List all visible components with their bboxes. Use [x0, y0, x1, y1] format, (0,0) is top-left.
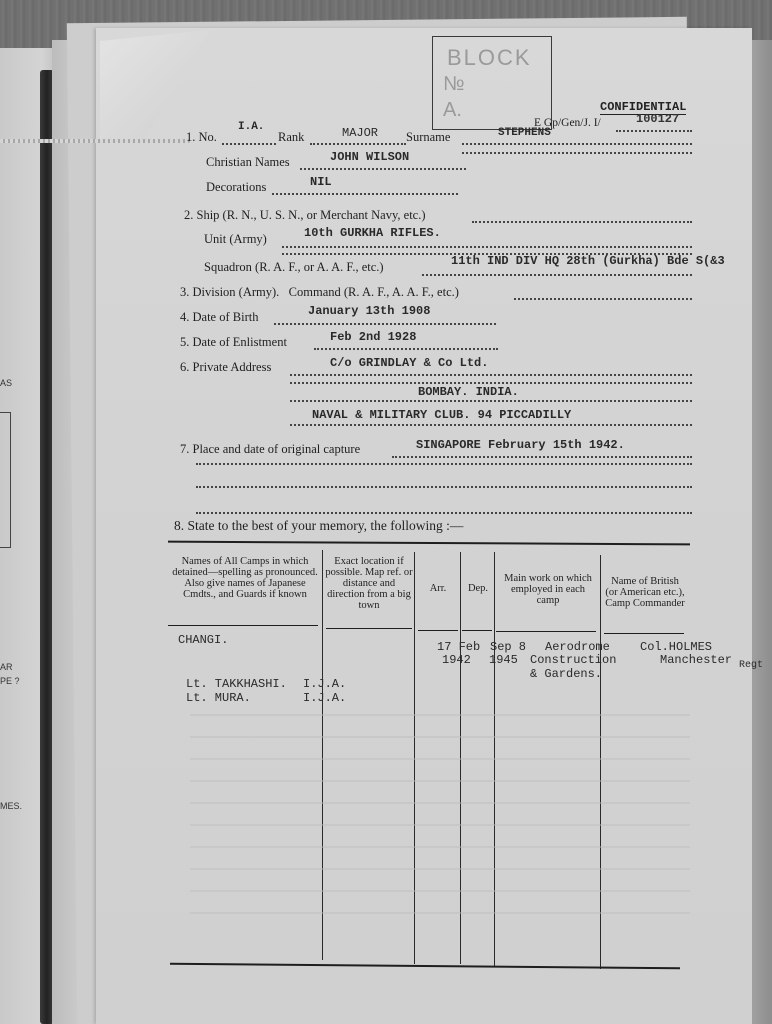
stamp-line-3: A.: [443, 99, 462, 122]
col-header-arr: Arr.: [416, 583, 460, 594]
label-ship: 2. Ship (R. N., U. S. N., or Merchant Na…: [184, 208, 426, 223]
dotted-line: [274, 323, 496, 325]
value-no: I.A.: [238, 121, 264, 133]
label-decorations: Decorations: [206, 180, 266, 195]
value-address-line-2: BOMBAY. INDIA.: [418, 385, 519, 399]
label-private-address: 6. Private Address: [180, 360, 271, 375]
dotted-line: [196, 463, 692, 465]
dotted-line: [222, 143, 276, 145]
value-date-of-birth: January 13th 1908: [308, 304, 430, 318]
row-dep-year: 1945: [489, 653, 518, 667]
label-unit: Unit (Army): [204, 232, 267, 247]
dotted-line: [422, 274, 692, 276]
dotted-line: [314, 348, 498, 350]
header-rule: [326, 628, 412, 629]
label-place-date-capture: 7. Place and date of original capture: [180, 442, 360, 457]
left-page-box: [0, 412, 11, 548]
dotted-line: [282, 246, 692, 248]
dotted-line: [272, 193, 458, 195]
left-fragment: PE ?: [0, 676, 20, 686]
value-surname: STEPHENS: [498, 127, 551, 139]
row-work-3: & Gardens.: [530, 667, 602, 681]
left-fragment: MES.: [0, 801, 22, 811]
row-arr-year: 1942: [442, 653, 471, 667]
file-string: [0, 139, 190, 143]
dotted-line: [310, 143, 406, 145]
dotted-line: [290, 374, 692, 376]
header-rule: [418, 630, 458, 631]
dotted-line: [514, 298, 692, 300]
label-division: 3. Division (Army). Command (R. A. F., A…: [180, 285, 459, 300]
dotted-line: [290, 400, 692, 402]
dotted-line: [392, 456, 692, 458]
col-header-dep: Dep.: [462, 583, 494, 594]
header-rule: [496, 631, 596, 632]
label-christian-names: Christian Names: [206, 155, 290, 170]
label-date-of-enlistment: 5. Date of Enlistment: [180, 335, 287, 350]
row-camp: CHANGI.: [178, 633, 228, 647]
dotted-line: [462, 143, 692, 145]
col-header-commander: Name of British (or American etc.), Camp…: [604, 576, 686, 609]
guard-unit: I.J.A.: [303, 677, 346, 691]
row-commander-2: Manchester: [660, 653, 732, 667]
dotted-line: [290, 382, 692, 384]
label-date-of-birth: 4. Date of Birth: [180, 310, 258, 325]
show-through-text: [190, 700, 690, 930]
dotted-line: [196, 512, 692, 514]
header-rule: [604, 633, 684, 634]
value-decorations: NIL: [310, 175, 332, 189]
left-fragment: AR: [0, 662, 13, 672]
label-surname: Surname: [406, 130, 450, 145]
value-address-line-3: NAVAL & MILITARY CLUB. 94 PICCADILLY: [312, 408, 571, 422]
stamp-line-2: №: [443, 73, 464, 96]
header-rule: [462, 630, 492, 631]
dotted-line: [462, 152, 692, 154]
dotted-line: [196, 486, 692, 488]
row-work-2: Construction: [530, 653, 616, 667]
col-header-location: Exact location if possible. Map ref. or …: [324, 556, 414, 611]
label-squadron: Squadron (R. A. F., or A. A. F., etc.): [204, 260, 384, 275]
stamp-line-1: BLOCK: [447, 45, 532, 71]
row-arr-day: 17 Feb: [437, 640, 480, 654]
dotted-line: [472, 221, 692, 223]
value-rank: MAJOR: [342, 126, 378, 140]
header-rule: [168, 625, 318, 626]
reference-number: 100127: [636, 112, 679, 126]
label-no: 1. No.: [186, 130, 217, 145]
dotted-line: [616, 130, 692, 132]
dotted-line: [300, 168, 466, 170]
value-christian-names: JOHN WILSON: [330, 150, 409, 164]
value-date-of-enlistment: Feb 2nd 1928: [330, 330, 416, 344]
value-unit: 10th GURKHA RIFLES.: [304, 226, 441, 240]
value-address-line-1: C/o GRINDLAY & Co Ltd.: [330, 356, 488, 370]
row-work-1: Aerodrome: [545, 640, 610, 654]
row-dep-day: Sep 8: [490, 640, 526, 654]
col-header-camps: Names of All Camps in which detained—spe…: [170, 556, 320, 600]
left-fragment: AS: [0, 378, 12, 388]
block-stamp: BLOCK № A.: [432, 36, 552, 130]
value-place-date-capture: SINGAPORE February 15th 1942.: [416, 438, 625, 452]
row-commander-1: Col.HOLMES: [640, 640, 712, 654]
col-header-work: Main work on which employed in each camp: [500, 573, 596, 606]
row-commander-suffix: Regt: [739, 660, 763, 671]
value-squadron: 11th IND DIV HQ 28th (Gurkha) Bde S(&3: [451, 254, 725, 268]
label-q8: 8. State to the best of your memory, the…: [174, 518, 463, 534]
label-rank: Rank: [278, 130, 304, 145]
dotted-line: [290, 424, 692, 426]
guard-name: Lt. TAKKHASHI.: [186, 677, 287, 691]
